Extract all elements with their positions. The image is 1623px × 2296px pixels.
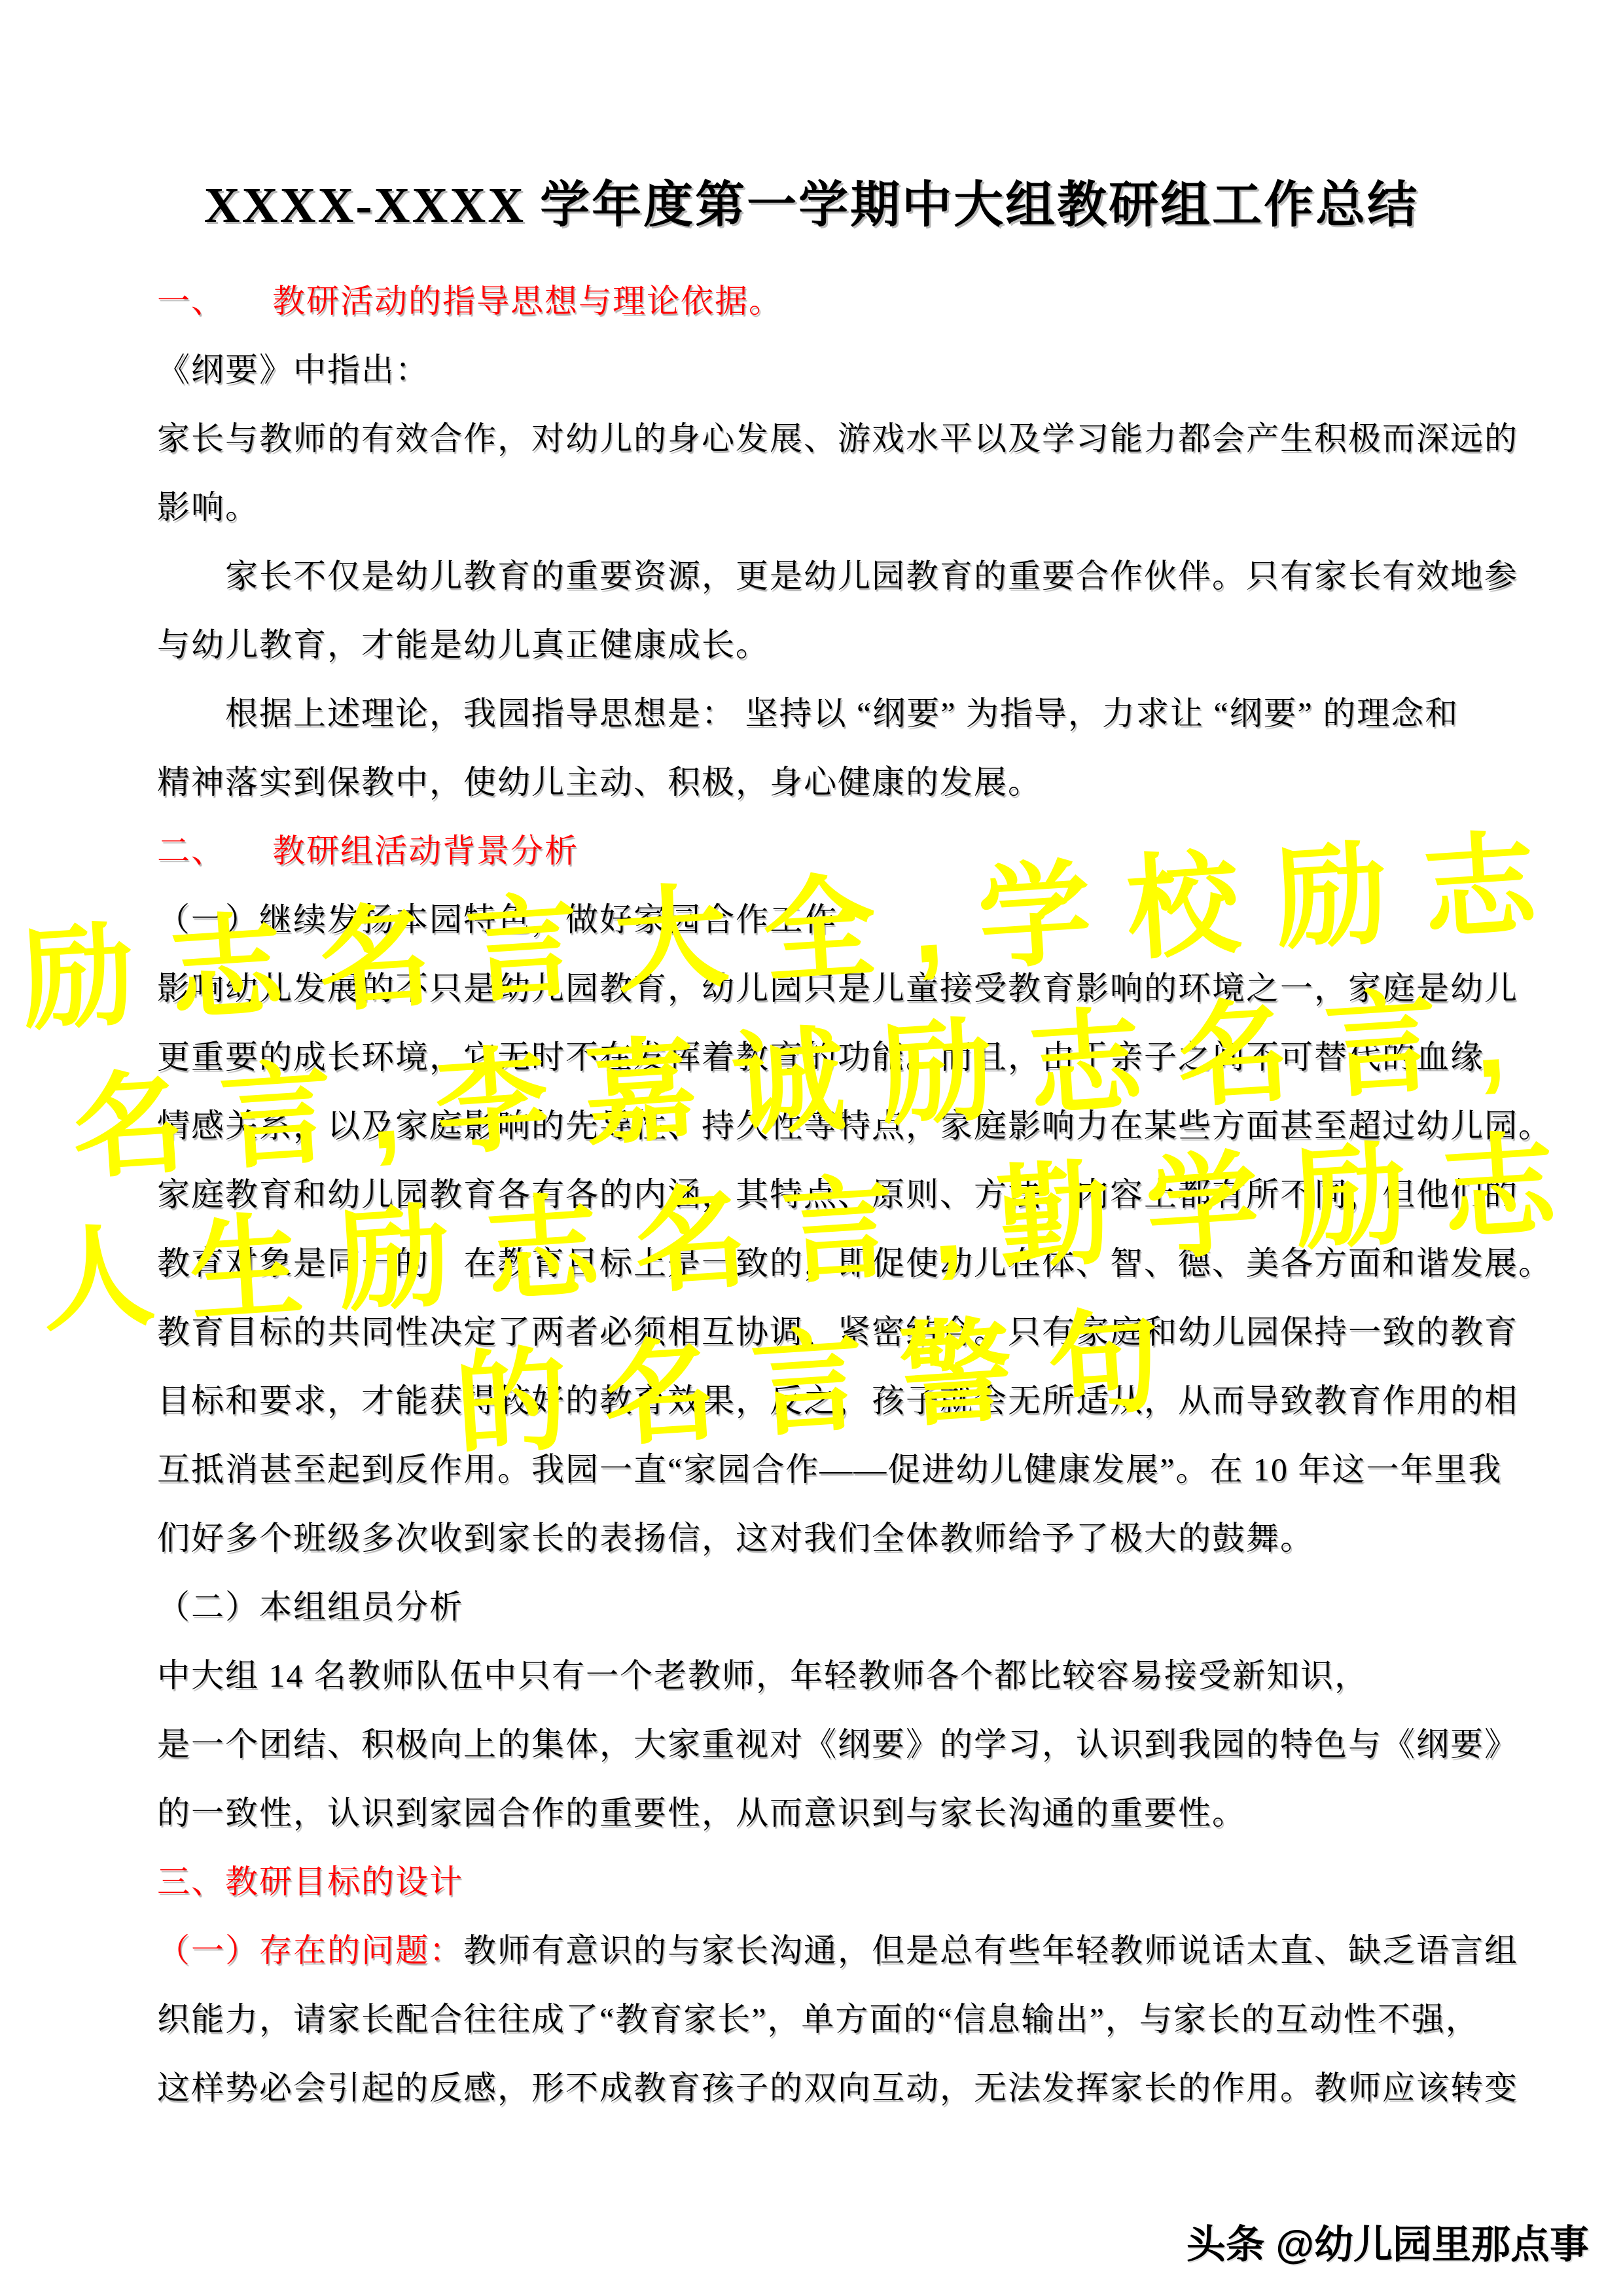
- document-line: 影响幼儿发展的不只是幼儿园教育，幼儿园只是儿童接受教育影响的环境之一，家庭是幼儿: [157, 954, 1472, 1023]
- document-line: 互抵消甚至起到反作用。我园一直“家园合作——促进幼儿健康发展”。在 10 年这一…: [157, 1435, 1472, 1504]
- document-page: XXXX-XXXX 学年度第一学期中大组教研组工作总结 一、教研活动的指导思想与…: [0, 0, 1623, 2296]
- line-text: 教师有意识的与家长沟通，但是总有些年轻教师说话太直、缺乏语言组: [463, 1932, 1518, 1969]
- document-line: 目标和要求，才能获得较好的教育效果，反之，孩子就会无所适从，从而导致教育作用的相: [157, 1367, 1472, 1435]
- document-line: 教育目标的共同性决定了两者必须相互协调、紧密结合。只有家庭和幼儿园保持一致的教育: [157, 1298, 1472, 1367]
- heading-number: 三、: [157, 1863, 225, 1900]
- document-line: 家庭教育和幼儿园教育各有各的内涵，其特点、原则、方法、内容上都有所不同，但他们的: [157, 1160, 1472, 1229]
- document-line: 精神落实到保教中，使幼儿主动、积极，身心健康的发展。: [157, 748, 1472, 817]
- document-line: （一）继续发扬本园特色，做好家园合作工作: [157, 886, 1472, 954]
- document-line: 影响。: [157, 473, 1472, 542]
- heading-number: 一、: [157, 283, 225, 319]
- document-line: 与幼儿教育，才能是幼儿真正健康成长。: [157, 611, 1472, 679]
- document-line: 这样势必会引起的反感，形不成教育孩子的双向互动，无法发挥家长的作用。教师应该转变: [157, 2054, 1472, 2123]
- document-body: 一、教研活动的指导思想与理论依据。《纲要》中指出：家长与教师的有效合作，对幼儿的…: [157, 267, 1472, 2123]
- document-line: 家长与教师的有效合作，对幼儿的身心发展、游戏水平以及学习能力都会产生积极而深远的: [157, 404, 1472, 473]
- document-line: 中大组 14 名教师队伍中只有一个老教师，年轻教师各个都比较容易接受新知识，: [157, 1641, 1472, 1710]
- heading-text: 教研活动的指导思想与理论依据。: [272, 283, 783, 319]
- document-title: XXXX-XXXX 学年度第一学期中大组教研组工作总结: [0, 165, 1623, 236]
- heading-text: 教研目标的设计: [225, 1863, 463, 1900]
- heading-text: 教研组活动背景分析: [272, 833, 579, 869]
- red-label: （一）存在的问题：: [157, 1932, 463, 1969]
- document-line: 教育对象是同一的，在教育目标上是一致的，即促使幼儿在体、智、德、美各方面和谐发展…: [157, 1229, 1472, 1298]
- document-line: 根据上述理论，我园指导思想是： 坚持以 “纲要” 为指导，力求让 “纲要” 的理…: [157, 679, 1472, 748]
- document-line: 织能力，请家长配合往往成了“教育家长”，单方面的“信息输出”，与家长的互动性不强…: [157, 1985, 1472, 2054]
- document-line: （一）存在的问题：教师有意识的与家长沟通，但是总有些年轻教师说话太直、缺乏语言组: [157, 1916, 1472, 1985]
- document-line: 家长不仅是幼儿教育的重要资源，更是幼儿园教育的重要合作伙伴。只有家长有效地参: [157, 542, 1472, 611]
- document-line: 更重要的成长环境，它无时不在发挥着教育的功能。而且，由于亲子之间不可替代的血缘、: [157, 1023, 1472, 1092]
- heading-number: 二、: [157, 833, 225, 869]
- footer-credit: 头条 @幼儿园里那点事: [1186, 2214, 1589, 2270]
- document-line: 是一个团结、积极向上的集体，大家重视对《纲要》的学习，认识到我园的特色与《纲要》: [157, 1710, 1472, 1779]
- document-line: 《纲要》中指出：: [157, 336, 1472, 404]
- document-line: （二）本组组员分析: [157, 1573, 1472, 1641]
- document-line: 一、教研活动的指导思想与理论依据。: [157, 267, 1472, 336]
- document-line: 的一致性，认识到家园合作的重要性，从而意识到与家长沟通的重要性。: [157, 1779, 1472, 1848]
- document-line: 二、教研组活动背景分析: [157, 817, 1472, 886]
- document-line: 三、教研目标的设计: [157, 1848, 1472, 1916]
- document-line: 们好多个班级多次收到家长的表扬信，这对我们全体教师给予了极大的鼓舞。: [157, 1504, 1472, 1573]
- document-line: 情感关系，以及家庭影响的先导性、持久性等特点，家庭影响力在某些方面甚至超过幼儿园…: [157, 1092, 1472, 1160]
